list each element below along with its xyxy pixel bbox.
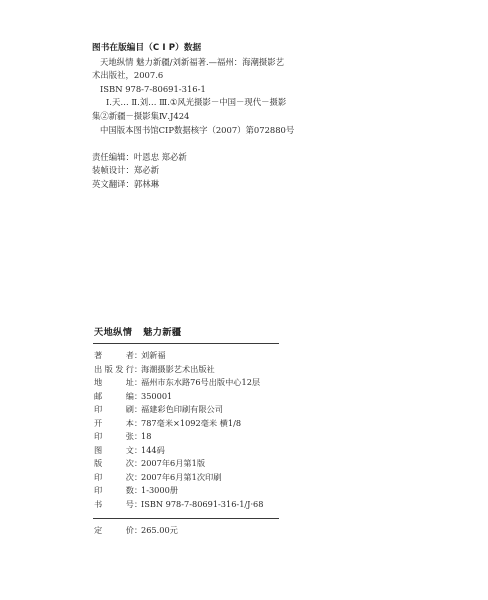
- row-key: 印刷: [94, 403, 134, 417]
- row-colon: ：: [134, 390, 141, 404]
- credit-value: 郭林琳: [134, 179, 159, 189]
- colophon-row-price: 定价：265.00元: [94, 524, 178, 538]
- book-title: 天地纵情 魅力新疆: [94, 324, 182, 338]
- row-colon: ：: [134, 471, 141, 485]
- row-colon: ：: [134, 524, 141, 538]
- row-key: 出版发行: [94, 363, 134, 377]
- row-key: 著者: [94, 349, 134, 363]
- cip-isbn: ISBN 978-7-80691-316-1: [92, 83, 322, 97]
- row-key: 印张: [94, 430, 134, 444]
- row-colon: ：: [134, 349, 141, 363]
- row-colon: ：: [134, 484, 141, 498]
- row-colon: ：: [134, 430, 141, 444]
- colophon-row-author: 著者：刘新福: [94, 349, 263, 363]
- row-value: 1-3000册: [141, 484, 178, 498]
- cip-line: 术出版社，2007.6: [92, 69, 322, 83]
- row-colon: ：: [134, 457, 141, 471]
- credits-block: 责任编辑：叶恩忠 郑必新 装帧设计：郑必新 英文翻译：郭林琳: [92, 151, 187, 191]
- row-value: 刘新福: [141, 349, 166, 363]
- credit-value: 叶恩忠 郑必新: [134, 152, 187, 162]
- divider-top: [93, 343, 279, 344]
- row-key: 书号: [94, 498, 134, 512]
- price-value: 265.00元: [141, 524, 178, 538]
- colophon-row-postcode: 邮编：350001: [94, 390, 263, 404]
- credit-translation: 英文翻译：郭林琳: [92, 178, 187, 191]
- colophon-table: 著者：刘新福 出版发行：海潮摄影艺术出版社 地址：福州市东水路76号出版中心12…: [94, 349, 263, 511]
- row-key: 图文: [94, 444, 134, 458]
- credit-label: 装帧设计：: [92, 165, 134, 175]
- row-value: 海潮摄影艺术出版社: [141, 363, 215, 377]
- cip-line: 天地纵情 魅力新疆/刘新福著.—福州：海潮摄影艺: [92, 56, 322, 70]
- row-key: 邮编: [94, 390, 134, 404]
- colophon-row-pages: 图文：144码: [94, 444, 263, 458]
- copyright-page: 图书在版编目（C I P）数据 天地纵情 魅力新疆/刘新福著.—福州：海潮摄影艺…: [0, 0, 488, 600]
- cip-line: Ⅰ.天… Ⅱ.刘… Ⅲ.①风光摄影－中国－现代－摄影: [92, 96, 322, 110]
- row-value: 2007年6月第1版: [141, 457, 205, 471]
- row-key: 开本: [94, 417, 134, 431]
- row-key: 印数: [94, 484, 134, 498]
- colophon-row-isbn: 书号：ISBN 978-7-80691-316-1/J·68: [94, 498, 263, 512]
- row-value: 144码: [141, 444, 165, 458]
- cip-data-block: 图书在版编目（C I P）数据 天地纵情 魅力新疆/刘新福著.—福州：海潮摄影艺…: [92, 42, 322, 137]
- colophon-row-edition: 版次：2007年6月第1版: [94, 457, 263, 471]
- divider-bottom: [93, 518, 279, 519]
- credit-label: 英文翻译：: [92, 179, 134, 189]
- row-key: 版次: [94, 457, 134, 471]
- row-value: 福建彩色印刷有限公司: [141, 403, 223, 417]
- cip-heading: 图书在版编目（C I P）数据: [92, 42, 322, 56]
- credit-editor: 责任编辑：叶恩忠 郑必新: [92, 151, 187, 164]
- cip-registration: 中国版本图书馆CIP数据核字（2007）第072880号: [92, 124, 322, 138]
- cip-line: 集②新疆－摄影集Ⅳ.J424: [92, 110, 322, 124]
- row-key: 地址: [94, 376, 134, 390]
- colophon-row-print-run: 印数：1-3000册: [94, 484, 263, 498]
- credit-value: 郑必新: [134, 165, 159, 175]
- row-value: 福州市东水路76号出版中心12层: [141, 376, 260, 390]
- row-colon: ：: [134, 376, 141, 390]
- row-value: 18: [141, 430, 151, 444]
- colophon-row-printing: 印次：2007年6月第1次印刷: [94, 471, 263, 485]
- row-colon: ：: [134, 498, 141, 512]
- colophon-row-address: 地址：福州市东水路76号出版中心12层: [94, 376, 263, 390]
- row-value: 350001: [141, 390, 172, 404]
- row-value: ISBN 978-7-80691-316-1/J·68: [141, 498, 263, 512]
- colophon-row-format: 开本：787毫米×1092毫米 横1/8: [94, 417, 263, 431]
- row-colon: ：: [134, 363, 141, 377]
- colophon-row-publisher: 出版发行：海潮摄影艺术出版社: [94, 363, 263, 377]
- row-value: 787毫米×1092毫米 横1/8: [141, 417, 241, 431]
- colophon-row-printer: 印刷：福建彩色印刷有限公司: [94, 403, 263, 417]
- credit-design: 装帧设计：郑必新: [92, 164, 187, 177]
- row-key: 印次: [94, 471, 134, 485]
- colophon-row-sheets: 印张：18: [94, 430, 263, 444]
- row-key: 定价: [94, 524, 134, 538]
- row-colon: ：: [134, 444, 141, 458]
- credit-label: 责任编辑：: [92, 152, 134, 162]
- row-value: 2007年6月第1次印刷: [141, 471, 221, 485]
- row-colon: ：: [134, 403, 141, 417]
- row-colon: ：: [134, 417, 141, 431]
